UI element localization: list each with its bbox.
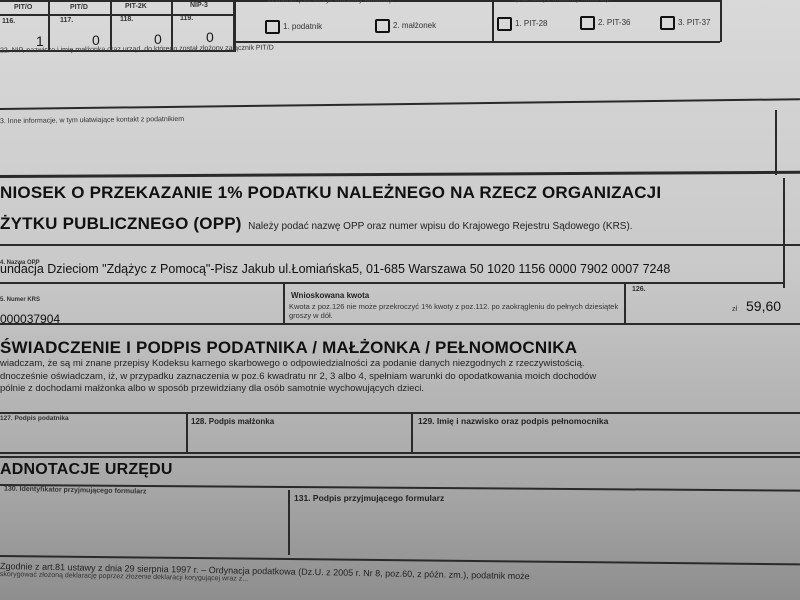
checkbox-icon[interactable] (375, 19, 390, 33)
opp-name-value[interactable]: undacja Dzieciom "Zdążyc z Pomocą"-Pisz … (0, 262, 670, 276)
checkbox-icon[interactable] (265, 20, 280, 34)
footer-note: Zgodnie z art.81 ustawy z dnia 29 sierpn… (0, 561, 530, 588)
checkbox-pit-28[interactable]: 1. PIT-28 (497, 17, 547, 31)
declaration-title: ŚWIADCZENIE I PODPIS PODATNIKA / MAŁŻONK… (0, 338, 577, 358)
opp-title-line2: ŻYTKU PUBLICZNEGO (OPP) Należy podać naz… (0, 214, 633, 234)
header-nip-3: NIP-3 (190, 2, 208, 9)
declaration-text: wiadczam, że są mi znane przepisy Kodeks… (0, 358, 596, 396)
field-119-value[interactable]: 0 (206, 29, 214, 45)
zeznania-header: zeznania (zaznaczyć właściwy kwadrat): (268, 0, 393, 4)
amount-note: Kwota z poz.126 nie może przekroczyć 1% … (289, 302, 619, 320)
zalaczniki-header: (zaznaczyć właściwy kwadrat): (515, 0, 610, 3)
krs-value[interactable]: 000037904 (0, 312, 60, 326)
opp-title-line1: NIOSEK O PRZEKAZANIE 1% PODATKU NALEŻNEG… (0, 183, 661, 203)
office-title: ADNOTACJE URZĘDU (0, 461, 173, 479)
field-123-label: 3. Inne informacje, w tym ułatwiające ko… (0, 116, 184, 125)
signature-podatnik-field[interactable]: 127. Podpis podatnika (0, 414, 185, 451)
office-identifier-field[interactable]: 130. Identyfikator przyjmującego formula… (0, 486, 286, 552)
checkbox-malzonek[interactable]: 2. małżonek (375, 19, 436, 33)
krs-label: 5. Numer KRS (0, 297, 40, 303)
field-117-label: 117. (60, 17, 73, 24)
amount-label: Wnioskowana kwota (291, 291, 369, 300)
field-116-label: 116. (2, 18, 15, 25)
amount-value[interactable]: 59,60 (746, 298, 781, 314)
checkbox-icon[interactable] (580, 16, 595, 30)
checkbox-podatnik[interactable]: 1. podatnik (265, 20, 322, 34)
field-118-value[interactable]: 0 (154, 31, 162, 47)
office-signature-field[interactable]: 131. Podpis przyjmującego formularz (292, 490, 792, 552)
signature-malzonek-field[interactable]: 128. Podpis małżonka (189, 414, 409, 451)
field-122-label: 22. NIP, nazwisko i imię małżonka oraz u… (0, 45, 274, 55)
checkbox-pit-36[interactable]: 2. PIT-36 (580, 16, 630, 30)
field-122-input[interactable] (0, 56, 760, 104)
checkbox-icon[interactable] (660, 16, 675, 30)
field-119-label: 119. (180, 15, 193, 22)
header-pit-o: PIT/O (14, 4, 32, 11)
header-pit-d: PIT/D (70, 4, 88, 11)
opp-note: Należy podać nazwę OPP oraz numer wpisu … (248, 221, 632, 232)
signature-pelnomocnik-field[interactable]: 129. Imię i nazwisko oraz podpis pełnomo… (414, 414, 794, 451)
field-123-input[interactable] (0, 128, 780, 168)
field-126-label: 126. (632, 286, 646, 293)
checkbox-pit-37[interactable]: 3. PIT-37 (660, 16, 710, 30)
header-pit-2k: PIT-2K (125, 3, 147, 10)
currency-label: zł (732, 306, 737, 313)
checkbox-icon[interactable] (497, 17, 512, 31)
field-118-label: 118. (120, 16, 133, 23)
